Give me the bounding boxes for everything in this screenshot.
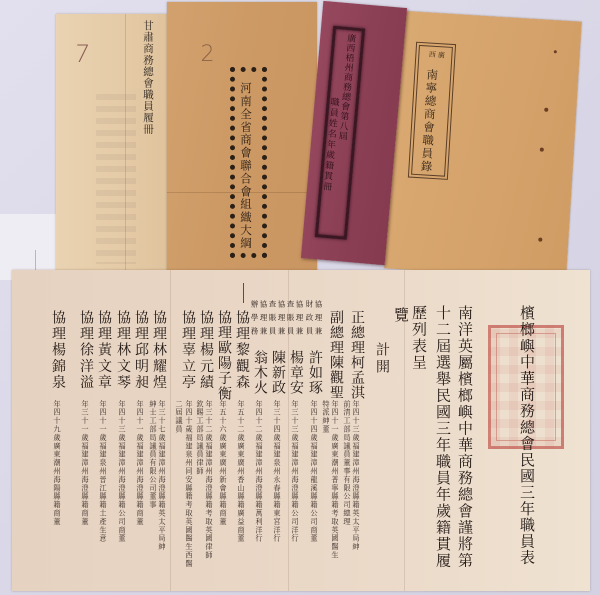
member-role: 協理 xyxy=(151,310,167,342)
document-penang-staff-table: 檳榔嶼中華商務總會民國三年職員表 南洋英屬檳榔嶼中華商務總會謹將第 十二屆選舉民… xyxy=(12,270,590,591)
member-role: 協理 xyxy=(78,310,94,342)
member-name: 許如琢 xyxy=(305,350,325,395)
region-label: 廣西 xyxy=(423,50,446,61)
member-name: 柯孟淇 xyxy=(349,355,365,400)
member-role: 協理兼查賬員 xyxy=(286,300,304,344)
member-name: 林文琴 xyxy=(115,342,131,391)
member-bio: 年四十一歲廣東潮州普寧縣籍考取英國醫生 xyxy=(330,400,340,560)
handwritten-number: 2 xyxy=(195,42,220,67)
member-bio: 年三十二歲福建漳州海澄縣籍考取英國律師 xyxy=(204,400,214,560)
member-name: 辜立亭 xyxy=(180,342,196,391)
member-bio: 年四十三歲福建漳州海澄縣籍英太平局紳 xyxy=(351,400,361,551)
member-name: 歐陽子衡 xyxy=(216,340,232,401)
member-entry: 正總理柯孟淇 xyxy=(347,310,367,400)
member-role: 協理 xyxy=(234,310,250,342)
member-bio: 年三十四歲福建泉州永春縣籍東宮洋行 xyxy=(272,400,282,543)
member-bio: 年四十歲福建泉州同安縣籍考取英國醫生西醫 xyxy=(184,400,194,568)
member-bio: 年四十四歲福建漳州龍溪縣籍公司商董 xyxy=(309,400,319,543)
binding-hole xyxy=(538,238,542,242)
member-entry: 協理歐陽子衡 xyxy=(214,310,234,401)
member-role: 協理 xyxy=(115,310,131,342)
member-entry: 協理黃文章 xyxy=(94,310,114,391)
member-entry: 協理楊元績 xyxy=(196,310,216,391)
member-bio: 欽賜工部局議員律師 xyxy=(195,400,205,476)
preamble-line-2: 十二屆選舉民國三年職員年歲籍貫履 xyxy=(433,305,454,569)
bleed-through-text xyxy=(96,94,136,264)
member-entry: 協理辜立亭 xyxy=(178,310,198,391)
member-role: 協理 xyxy=(50,310,66,342)
member-bio: 年五十六歲廣東廣州新會縣籍商董 xyxy=(218,400,228,526)
handwritten-number: 7 xyxy=(67,40,98,68)
member-entry: 協理黎觀森 xyxy=(232,310,252,391)
member-bio: 二屆議員 xyxy=(174,400,184,434)
member-entry: 協理林文琴 xyxy=(113,310,133,391)
fold-line xyxy=(170,270,171,591)
document-gansu-staff-register: 7 甘肅商務總會職員履冊 xyxy=(56,14,168,276)
member-entry: 副總理陳觀聖 xyxy=(326,310,346,400)
document-title: 河南全省商會聯合會組織大綱 xyxy=(238,82,254,250)
member-bio: 特派紳董 xyxy=(321,400,331,434)
preamble-line-3: 歷列表呈 xyxy=(409,305,430,371)
member-name: 黎觀森 xyxy=(234,342,250,391)
document-title: 甘肅商務總會職員履冊 xyxy=(141,20,156,135)
member-role: 協理兼查賬員 xyxy=(268,300,286,344)
photo-canvas: 7 甘肅商務總會職員履冊 2 河南全省商會聯合會組織大綱 廣西 南寧總商會職員錄… xyxy=(0,0,600,595)
document-nanning-staff-list: 廣西 南寧總商會職員錄 xyxy=(384,11,581,280)
member-role: 協理 xyxy=(198,310,214,342)
member-bio: 年五十二歲廣東廣州香山縣籍廣益商董 xyxy=(236,400,246,543)
member-role: 協理兼辦學務 xyxy=(250,300,268,344)
member-entry: 協理徐洋溢 xyxy=(76,310,96,391)
member-bio: 年四十一歲福建漳州海澄縣籍商董 xyxy=(135,400,145,526)
member-name: 陳新政 xyxy=(268,350,288,395)
member-name: 陳觀聖 xyxy=(328,355,344,400)
binding-hole xyxy=(544,108,548,112)
preamble-line-1: 南洋英屬檳榔嶼中華商務總會謹將第 xyxy=(455,305,476,569)
member-entry: 協理林耀煌 xyxy=(149,310,169,391)
member-role: 協理 xyxy=(180,310,196,342)
member-role: 協理兼財政員 xyxy=(305,300,323,344)
member-role: 正總理 xyxy=(349,310,365,355)
list-header: 計開 xyxy=(372,342,392,376)
member-name: 楊元績 xyxy=(198,342,214,391)
member-bio: 前清工部局議員董事有限公司總理 xyxy=(342,400,352,526)
member-bio: 年四十九歲廣東潮州海陽縣籍商董 xyxy=(52,400,62,526)
member-role: 協理 xyxy=(216,310,232,340)
member-bio: 年三十七歲福建漳州海澄縣籍英太平局紳 xyxy=(157,400,167,551)
ink-mark xyxy=(243,283,244,303)
preamble-line-4: 覽 xyxy=(391,307,412,324)
member-bio: 年三十一歲福建漳州海澄縣籍商董 xyxy=(80,400,90,526)
member-bio: 年四十二歲福建漳州海澄縣籍萬利洋行 xyxy=(254,400,264,543)
member-bio: 年三十三歲福建漳州海澄縣籍公司洋行 xyxy=(290,400,300,543)
member-name: 楊錦泉 xyxy=(50,342,66,391)
document-henan-federation-outline: 2 河南全省商會聯合會組織大綱 xyxy=(167,2,317,275)
member-entry: 協理邱明昶 xyxy=(131,310,151,391)
member-name: 黃文章 xyxy=(96,342,112,391)
member-name: 楊章安 xyxy=(286,350,306,395)
member-name: 徐洋溢 xyxy=(78,342,94,391)
member-bio: 紳士工部局議員有限公司董事 xyxy=(148,400,158,509)
member-bio: 年四十一歲福建泉州晉江縣籍土產生意 xyxy=(98,400,108,543)
member-name: 翁木火 xyxy=(250,350,270,395)
member-name: 林耀煌 xyxy=(151,342,167,391)
member-role: 協理 xyxy=(96,310,112,342)
document-title: 檳榔嶼中華商務總會民國三年職員表 xyxy=(517,305,538,566)
binding-hole xyxy=(540,147,544,151)
member-role: 協理 xyxy=(133,310,149,342)
binding-hole xyxy=(554,50,557,53)
member-bio: 年四十三歲福建漳州海澄縣籍公司商董 xyxy=(117,400,127,543)
member-name: 邱明昶 xyxy=(133,342,149,391)
member-entry: 協理楊錦泉 xyxy=(48,310,68,391)
member-role: 副總理 xyxy=(328,310,344,355)
